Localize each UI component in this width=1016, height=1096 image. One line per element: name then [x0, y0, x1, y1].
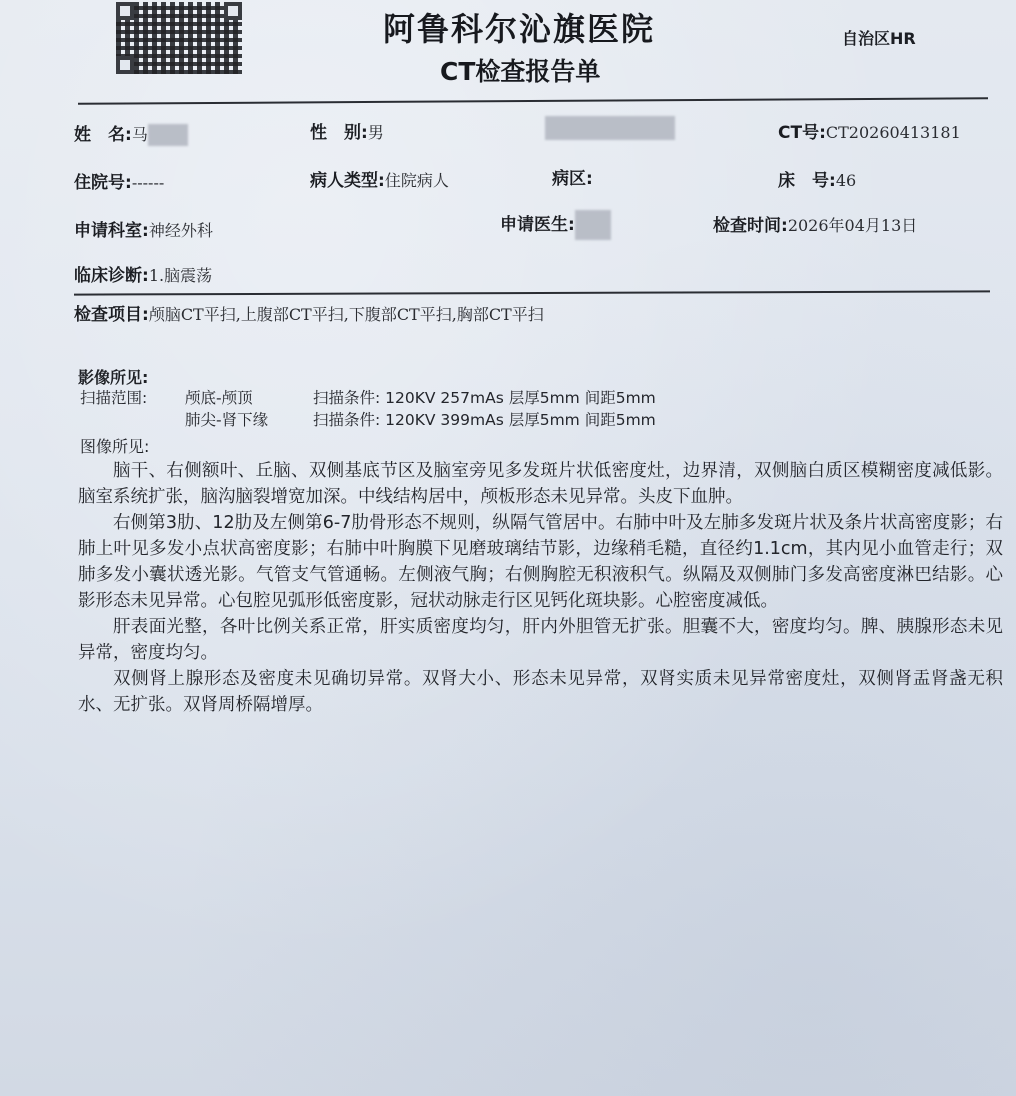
hospital-name: 阿鲁科尔沁旗医院	[383, 4, 655, 50]
exam-time-value: 2026年04月13日	[788, 216, 917, 235]
redacted-doctor	[575, 210, 611, 240]
imaging-section-title: 影像所见:	[78, 365, 148, 388]
ct-number-value: CT20260413181	[826, 123, 961, 142]
ct-number-field: CT号:CT20260413181	[778, 118, 961, 143]
scan-row-1: 扫描范围:颅底-颅顶扫描条件: 120KV 257mAs 层厚5mm 间距5mm	[80, 386, 656, 408]
clinical-diagnosis-value: 1.脑震荡	[149, 266, 212, 285]
report-paper: 阿鲁科尔沁旗医院 CT检查报告单 自治区HR 姓 名:马 性 别:男 CT号:C…	[0, 0, 1016, 1096]
findings-paragraph-kidney: 双侧肾上腺形态及密度未见确切异常。双肾大小、形态未见异常，双肾实质未见异常密度灶…	[78, 666, 1003, 718]
inpatient-number-field: 住院号:------	[74, 168, 164, 193]
findings-body: 脑干、右侧额叶、丘脑、双侧基底节区及脑室旁见多发斑片状低密度灶，边界清，双侧脑白…	[78, 458, 1003, 718]
qr-code-icon	[116, 2, 242, 74]
scan-range-2: 肺尖-肾下缘	[185, 408, 313, 430]
findings-paragraph-brain: 脑干、右侧额叶、丘脑、双侧基底节区及脑室旁见多发斑片状低密度灶，边界清，双侧脑白…	[78, 458, 1003, 510]
exam-time-field: 检查时间:2026年04月13日	[713, 211, 917, 236]
scan-row-2: 肺尖-肾下缘扫描条件: 120KV 399mAs 层厚5mm 间距5mm	[80, 408, 656, 430]
bed-number-value: 46	[836, 171, 856, 190]
scan-conditions-2: 扫描条件: 120KV 399mAs 层厚5mm 间距5mm	[313, 411, 656, 429]
redacted-name	[148, 124, 188, 146]
scan-range-1: 颅底-颅顶	[185, 386, 313, 408]
exam-items-value: 颅脑CT平扫,上腹部CT平扫,下腹部CT平扫,胸部CT平扫	[149, 305, 544, 324]
inpatient-number-value: ------	[132, 173, 164, 192]
requesting-doctor-field: 申请医生:	[500, 210, 611, 240]
ward-field: 病区:	[552, 164, 593, 189]
department-field: 申请科室:神经外科	[74, 216, 213, 241]
patient-name-value: 马	[132, 125, 148, 144]
findings-title: 图像所见:	[80, 434, 149, 457]
ct-number-label: CT号:	[778, 123, 826, 143]
gender-label: 性 别:	[310, 123, 368, 143]
redacted-field	[545, 116, 675, 140]
scan-conditions-1: 扫描条件: 120KV 257mAs 层厚5mm 间距5mm	[313, 389, 656, 407]
scan-range-label: 扫描范围:	[80, 386, 185, 408]
patient-type-field: 病人类型:住院病人	[310, 166, 449, 191]
bed-number-label: 床 号:	[778, 171, 836, 191]
gender-field: 性 别:男	[310, 118, 384, 143]
clinical-diagnosis-label: 临床诊断:	[74, 266, 149, 286]
exam-items-label: 检查项目:	[74, 305, 149, 325]
bed-number-field: 床 号:46	[778, 166, 856, 191]
clinical-diagnosis-field: 临床诊断:1.脑震荡	[74, 261, 212, 286]
section-divider	[74, 290, 990, 295]
gender-value: 男	[368, 123, 384, 142]
findings-paragraph-abdomen: 肝表面光整，各叶比例关系正常，肝实质密度均匀，肝内外胆管无扩张。胆囊不大，密度均…	[78, 614, 1003, 666]
exam-time-label: 检查时间:	[713, 216, 788, 236]
patient-type-value: 住院病人	[385, 171, 449, 190]
patient-name-field: 姓 名:马	[74, 120, 188, 146]
department-label: 申请科室:	[74, 221, 149, 241]
exam-items-field: 检查项目:颅脑CT平扫,上腹部CT平扫,下腹部CT平扫,胸部CT平扫	[74, 300, 544, 325]
inpatient-number-label: 住院号:	[74, 173, 132, 193]
requesting-doctor-label: 申请医生:	[500, 215, 575, 235]
report-title: CT检查报告单	[440, 52, 600, 88]
patient-name-label: 姓 名:	[74, 125, 132, 145]
ward-label: 病区:	[552, 169, 593, 189]
department-value: 神经外科	[149, 221, 213, 240]
region-code: 自治区HR	[842, 26, 916, 49]
patient-type-label: 病人类型:	[310, 171, 385, 191]
header-divider	[78, 97, 988, 105]
findings-paragraph-chest: 右侧第3肋、12肋及左侧第6-7肋骨形态不规则，纵隔气管居中。右肺中叶及左肺多发…	[78, 510, 1003, 614]
